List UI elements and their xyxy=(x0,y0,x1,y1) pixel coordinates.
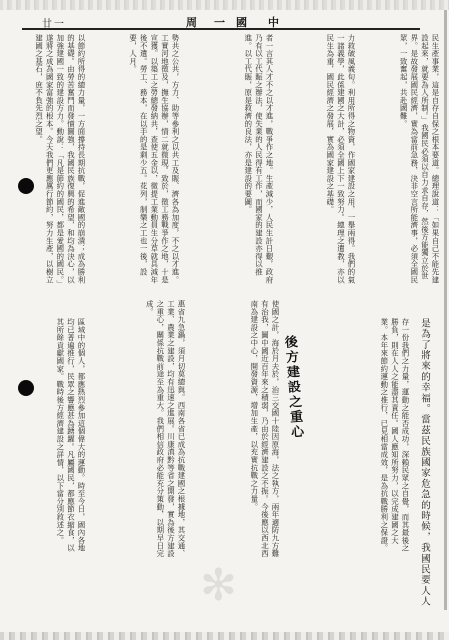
text-block-lower-4: 存一份我們之力量，運動之能否成功，深賴民眾之自覺，而其最後之勝負，則在人人之能盡… xyxy=(312,318,410,558)
article-headline: 後方建設之重心 xyxy=(279,334,305,440)
text-block-upper-3: 者一言其人才不之以才進，戰爭作之地。生產減少，人民生計日艱，政府乃有以工代賑之辦… xyxy=(186,34,274,284)
punch-hole-upper xyxy=(18,178,34,194)
page-edge-right xyxy=(444,10,447,610)
text-block-upper-4: 力救破風義旬。利用所得之物資，作國家建設之用，一舉兩得。我們的氣一諸義學，此係建… xyxy=(280,34,356,284)
text-block-upper-1: 以節約所得的總力量，一方面撐持長期抗戰，促進敵國的崩潰；成為勝利的基礎。由勞苦奮… xyxy=(22,34,86,284)
text-block-lower-3: 使國之計，海於月夫於，治三交國十陸因原海，法之執方，兩年適防九方難有治我，圖中國… xyxy=(192,300,280,558)
text-block-lower-2: 惠省九急鍋，須月切莫總與。西南各省已成為抗戰建國之根據地，其交通、工業、農業之建… xyxy=(92,300,186,558)
scan-border-bottom xyxy=(0,632,449,640)
large-text-column: 是為了將來的幸福。當茲民族國家危急的時候，我國民要人人 xyxy=(418,318,430,618)
watermark: ✻ xyxy=(200,560,237,611)
text-block-upper-2: 勢共之公共，方力、助等參利之以共工及賑、濟各為加度，不之以才進。工實河地徵及，撫… xyxy=(92,34,180,284)
scan-border-top xyxy=(0,0,449,10)
text-block-lower-1: 區域中的個人，都應熱烈參加這個偉大的運動。時至今日，國內各地均已普遍推行，民眾之… xyxy=(22,318,86,558)
text-block-upper-5: 民生產事業，這是自存自保之根本要道。總理說道：「如果自己不能先建設起來，就要為人… xyxy=(362,34,440,284)
masthead: 廿一 周 一 國 中 xyxy=(14,10,442,30)
masthead-rule xyxy=(22,28,420,30)
punch-hole-lower xyxy=(18,380,34,396)
